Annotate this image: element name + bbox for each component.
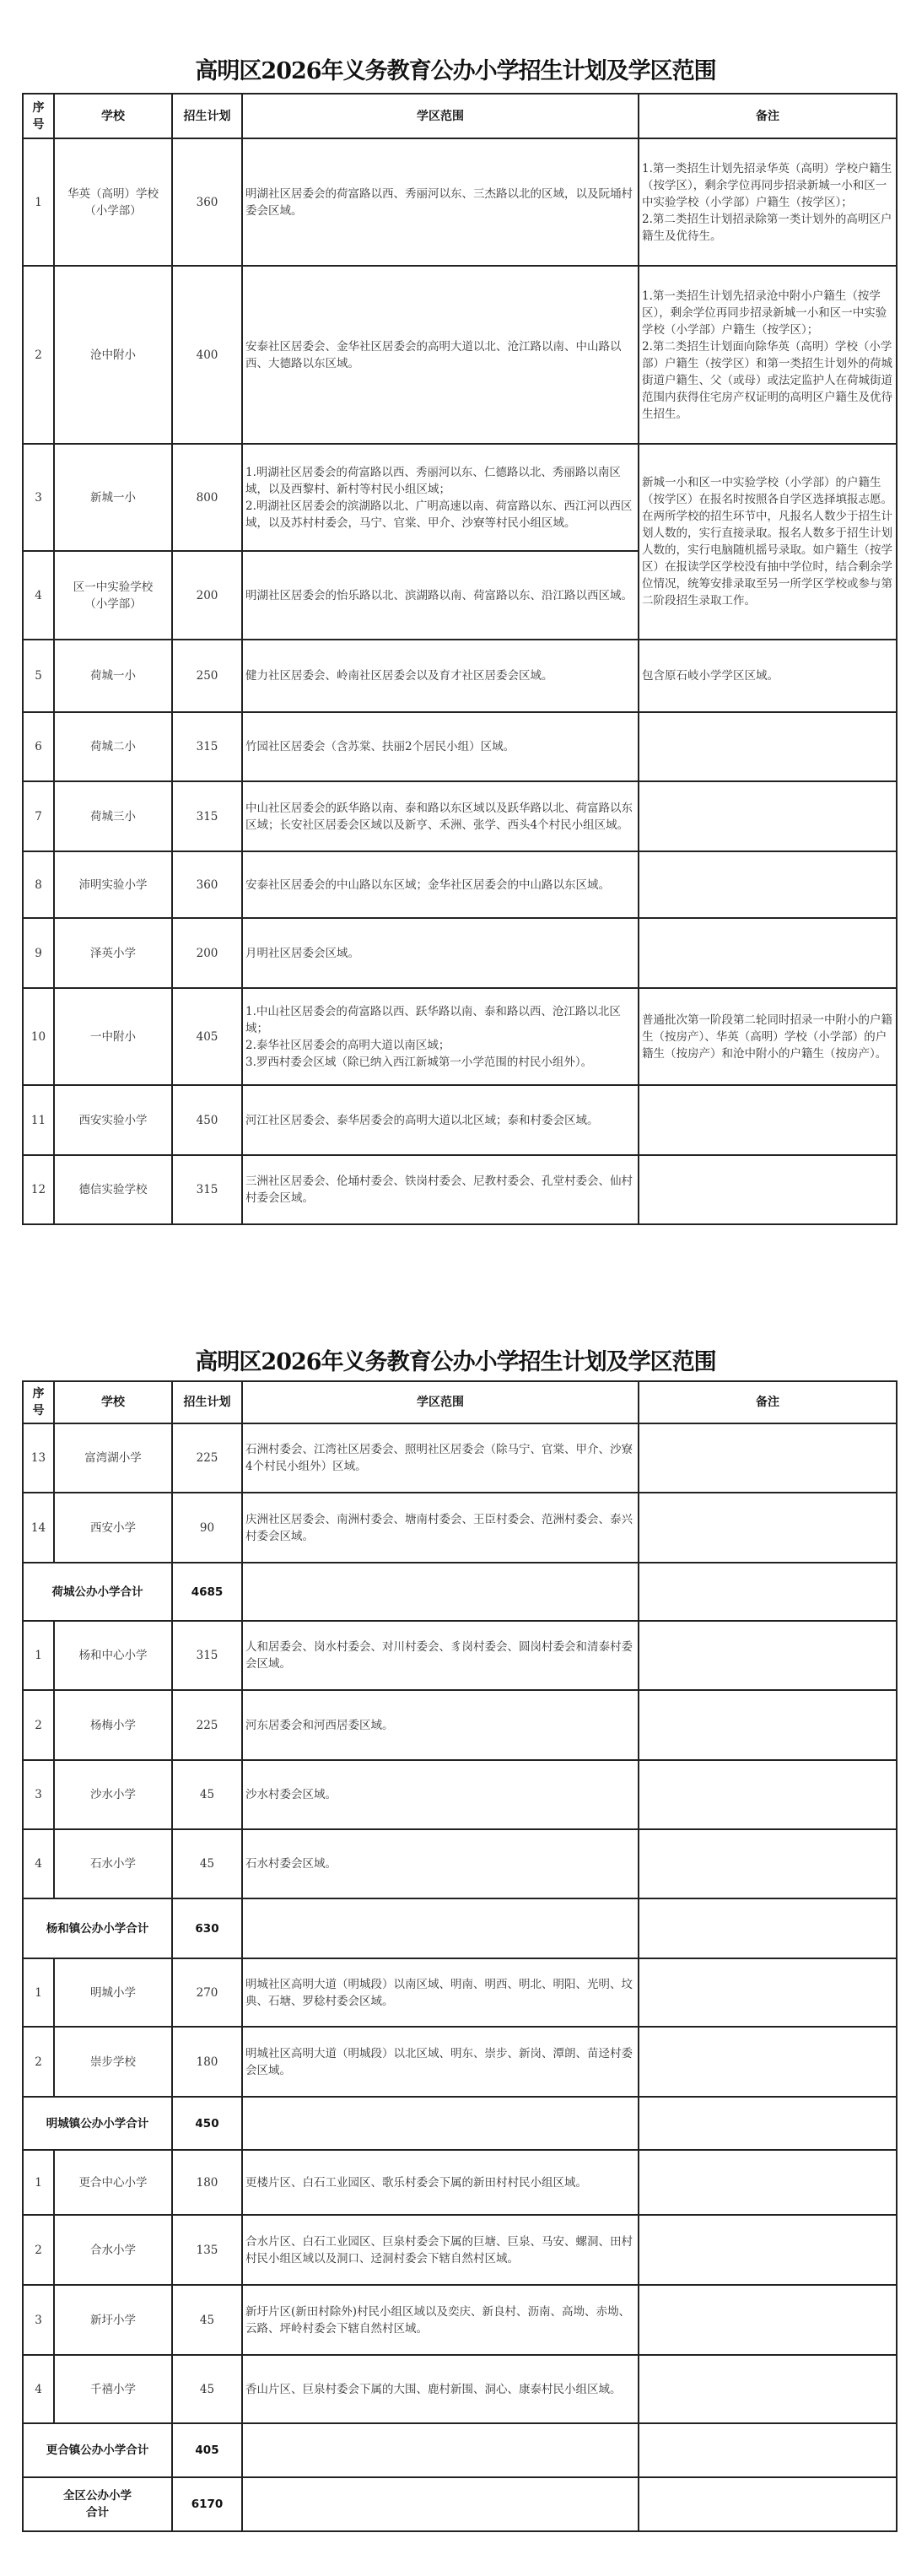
enrollment-plan: 400 (172, 266, 242, 444)
grand-total-label: 全区公办小学 合计 (23, 2477, 172, 2531)
school-name: 杨梅小学 (54, 1690, 172, 1760)
table-row: 3 新圩小学 45 新圩片区(新田村除外)村民小组区域以及奕庆、新良村、沥南、高… (23, 2285, 897, 2355)
row-index: 9 (23, 918, 54, 988)
school-district-area: 明城社区高明大道（明城段）以北区域、明东、崇步、新岗、潭朗、苗迳村委会区域。 (242, 2027, 639, 2097)
table-row: 1 华英（高明）学校 （小学部） 360 明湖社区居委会的荷富路以西、秀丽河以东… (23, 138, 897, 266)
table-header-row: 序 号 学校 招生计划 学区范围 备注 (23, 94, 897, 138)
header-note: 备注 (639, 1381, 897, 1423)
enrollment-plan: 405 (172, 988, 242, 1085)
enrollment-plan: 315 (172, 1155, 242, 1224)
school-district-area: 明城社区高明大道（明城段）以南区域、明南、明西、明北、明阳、光明、坟典、石塘、罗… (242, 1958, 639, 2027)
table-row: 12 德信实验学校 315 三洲社区居委会、伦埇村委会、铁岗村委会、尼教村委会、… (23, 1155, 897, 1224)
school-district-area: 安泰社区居委会的中山路以东区域；金华社区居委会的中山路以东区域。 (242, 851, 639, 918)
row-index: 2 (23, 2215, 54, 2285)
row-index: 4 (23, 1829, 54, 1898)
empty-cell (242, 1898, 639, 1958)
school-district-area: 1.明湖社区居委会的荷富路以西、秀丽河以东、仁德路以北、秀丽路以南区域，以及西黎… (242, 444, 639, 551)
school-name: 更合中心小学 (54, 2150, 172, 2215)
enrollment-plan: 315 (172, 1621, 242, 1690)
school-name: 石水小学 (54, 1829, 172, 1898)
table-row: 3 新城一小 800 1.明湖社区居委会的荷富路以西、秀丽河以东、仁德路以北、秀… (23, 444, 897, 551)
subtotal-value: 4685 (172, 1563, 242, 1621)
remarks: 1.第一类招生计划先招录沧中附小户籍生（按学区），剩余学位再同步招录新城一小和区… (639, 266, 897, 444)
school-name: 荷城三小 (54, 781, 172, 851)
remarks (639, 712, 897, 781)
table-row: 1 更合中心小学 180 更楼片区、白石工业园区、歌乐村委会下属的新田村村民小组… (23, 2150, 897, 2215)
enrollment-table-1: 序 号 学校 招生计划 学区范围 备注 1 华英（高明）学校 （小学部） 360… (22, 93, 898, 1225)
subtotal-label: 杨和镇公办小学合计 (23, 1898, 172, 1958)
remarks: 包含原石岐小学学区区域。 (639, 640, 897, 712)
enrollment-plan: 45 (172, 2285, 242, 2355)
enrollment-plan: 250 (172, 640, 242, 712)
enrollment-plan: 225 (172, 1690, 242, 1760)
remarks (639, 2355, 897, 2423)
header-area: 学区范围 (242, 1381, 639, 1423)
school-district-area: 明湖社区居委会的怡乐路以北、滨湖路以南、荷富路以东、沿江路以西区域。 (242, 551, 639, 640)
table-row: 14 西安小学 90 庆洲社区居委会、南洲村委会、塘南村委会、王臣村委会、范洲村… (23, 1493, 897, 1563)
empty-cell (242, 2477, 639, 2531)
row-index: 1 (23, 1621, 54, 1690)
page-title: 高明区2026年义务教育公办小学招生计划及学区范围 (0, 1343, 911, 1376)
school-name: 西安小学 (54, 1493, 172, 1563)
school-district-area: 竹园社区居委会（含苏棠、扶丽2个居民小组）区域。 (242, 712, 639, 781)
empty-cell (242, 2097, 639, 2150)
remarks (639, 2150, 897, 2215)
school-district-area: 更楼片区、白石工业园区、歌乐村委会下属的新田村村民小组区域。 (242, 2150, 639, 2215)
table-row: 9 泽英小学 200 月明社区居委会区域。 (23, 918, 897, 988)
row-index: 3 (23, 1760, 54, 1829)
row-index: 12 (23, 1155, 54, 1224)
row-index: 1 (23, 1958, 54, 2027)
remarks (639, 1155, 897, 1224)
row-index: 3 (23, 444, 54, 551)
table-row: 4 石水小学 45 石水村委会区域。 (23, 1829, 897, 1898)
empty-cell (639, 2477, 897, 2531)
row-index: 2 (23, 1690, 54, 1760)
table-row: 2 杨梅小学 225 河东居委会和河西居委区域。 (23, 1690, 897, 1760)
school-name: 西安实验小学 (54, 1085, 172, 1155)
empty-cell (639, 1898, 897, 1958)
empty-cell (242, 2423, 639, 2477)
empty-cell (242, 1563, 639, 1621)
remarks (639, 918, 897, 988)
remarks (639, 1958, 897, 2027)
subtotal-label: 荷城公办小学合计 (23, 1563, 172, 1621)
remarks: 新城一小和区一中实验学校（小学部）的户籍生（按学区）在报名时按照各自学区选择填报… (639, 444, 897, 640)
remarks (639, 1760, 897, 1829)
enrollment-plan: 45 (172, 1829, 242, 1898)
table-row: 1 明城小学 270 明城社区高明大道（明城段）以南区域、明南、明西、明北、明阳… (23, 1958, 897, 2027)
table-header-row: 序 号 学校 招生计划 学区范围 备注 (23, 1381, 897, 1423)
remarks (639, 1829, 897, 1898)
remarks (639, 851, 897, 918)
subtotal-row: 荷城公办小学合计 4685 (23, 1563, 897, 1621)
enrollment-plan: 180 (172, 2150, 242, 2215)
school-name: 崇步学校 (54, 2027, 172, 2097)
enrollment-plan: 45 (172, 2355, 242, 2423)
table-row: 2 崇步学校 180 明城社区高明大道（明城段）以北区域、明东、崇步、新岗、潭朗… (23, 2027, 897, 2097)
enrollment-plan: 315 (172, 712, 242, 781)
header-index: 序 号 (23, 94, 54, 138)
table-row: 5 荷城一小 250 健力社区居委会、岭南社区居委会以及育才社区居委会区域。 包… (23, 640, 897, 712)
school-district-area: 1.中山社区居委会的荷富路以西、跃华路以南、泰和路以西、沧江路以北区域； 2.泰… (242, 988, 639, 1085)
school-district-area: 月明社区居委会区域。 (242, 918, 639, 988)
header-area: 学区范围 (242, 94, 639, 138)
header-school: 学校 (54, 94, 172, 138)
enrollment-plan: 200 (172, 918, 242, 988)
enrollment-plan: 135 (172, 2215, 242, 2285)
school-name: 荷城二小 (54, 712, 172, 781)
school-name: 沛明实验小学 (54, 851, 172, 918)
school-name: 沧中附小 (54, 266, 172, 444)
school-name: 杨和中心小学 (54, 1621, 172, 1690)
school-district-area: 河东居委会和河西居委区域。 (242, 1690, 639, 1760)
school-name: 新城一小 (54, 444, 172, 551)
school-district-area: 新圩片区(新田村除外)村民小组区域以及奕庆、新良村、沥南、高坳、赤坳、云路、坪岭… (242, 2285, 639, 2355)
table-row: 3 沙水小学 45 沙水村委会区域。 (23, 1760, 897, 1829)
school-district-area: 安泰社区居委会、金华社区居委会的高明大道以北、沧江路以南、中山路以西、大德路以东… (242, 266, 639, 444)
table-row: 1 杨和中心小学 315 人和居委会、岗水村委会、对川村委会、豸岗村委会、圆岗村… (23, 1621, 897, 1690)
school-name: 区一中实验学校 （小学部） (54, 551, 172, 640)
enrollment-plan: 800 (172, 444, 242, 551)
remarks: 普通批次第一阶段第二轮同时招录一中附小的户籍生（按房产）、华英（高明）学校（小学… (639, 988, 897, 1085)
school-name: 合水小学 (54, 2215, 172, 2285)
row-index: 11 (23, 1085, 54, 1155)
row-index: 2 (23, 266, 54, 444)
row-index: 6 (23, 712, 54, 781)
school-name: 荷城一小 (54, 640, 172, 712)
table-row: 2 合水小学 135 合水片区、白石工业园区、巨泉村委会下属的巨塘、巨泉、马安、… (23, 2215, 897, 2285)
empty-cell (639, 2097, 897, 2150)
enrollment-plan: 200 (172, 551, 242, 640)
subtotal-row: 明城镇公办小学合计 450 (23, 2097, 897, 2150)
header-index: 序 号 (23, 1381, 54, 1423)
table-row: 8 沛明实验小学 360 安泰社区居委会的中山路以东区域；金华社区居委会的中山路… (23, 851, 897, 918)
enrollment-plan: 360 (172, 851, 242, 918)
enrollment-plan: 450 (172, 1085, 242, 1155)
school-district-area: 石水村委会区域。 (242, 1829, 639, 1898)
empty-cell (639, 1563, 897, 1621)
enrollment-table-2: 序 号 学校 招生计划 学区范围 备注 13 富湾湖小学 225 石洲村委会、江… (22, 1380, 898, 2532)
school-district-area: 明湖社区居委会的荷富路以西、秀丽河以东、三杰路以北的区域，以及阮埇村委会区域。 (242, 138, 639, 266)
remarks (639, 1423, 897, 1493)
enrollment-plan: 90 (172, 1493, 242, 1563)
subtotal-value: 630 (172, 1898, 242, 1958)
school-name: 富湾湖小学 (54, 1423, 172, 1493)
school-district-area: 合水片区、白石工业园区、巨泉村委会下属的巨塘、巨泉、马安、螺洞、田村村民小组区域… (242, 2215, 639, 2285)
row-index: 10 (23, 988, 54, 1085)
header-note: 备注 (639, 94, 897, 138)
school-district-area: 石洲村委会、江湾社区居委会、照明社区居委会（除马宁、官棠、甲介、沙寮4个村民小组… (242, 1423, 639, 1493)
school-district-area: 河江社区居委会、泰华居委会的高明大道以北区域；泰和村委会区域。 (242, 1085, 639, 1155)
remarks (639, 2027, 897, 2097)
remarks: 1.第一类招生计划先招录华英（高明）学校户籍生（按学区），剩余学位再同步招录新城… (639, 138, 897, 266)
enrollment-plan: 270 (172, 1958, 242, 2027)
enrollment-plan: 45 (172, 1760, 242, 1829)
row-index: 3 (23, 2285, 54, 2355)
table-row: 7 荷城三小 315 中山社区居委会的跃华路以南、泰和路以东区域以及跃华路以北、… (23, 781, 897, 851)
school-district-area: 香山片区、巨泉村委会下属的大围、鹿村新围、洞心、康泰村民小组区域。 (242, 2355, 639, 2423)
school-name: 沙水小学 (54, 1760, 172, 1829)
remarks (639, 2215, 897, 2285)
subtotal-label: 明城镇公办小学合计 (23, 2097, 172, 2150)
enrollment-plan: 360 (172, 138, 242, 266)
grand-total-row: 全区公办小学 合计 6170 (23, 2477, 897, 2531)
school-name: 一中附小 (54, 988, 172, 1085)
school-name: 新圩小学 (54, 2285, 172, 2355)
row-index: 14 (23, 1493, 54, 1563)
row-index: 4 (23, 2355, 54, 2423)
remarks (639, 1085, 897, 1155)
row-index: 7 (23, 781, 54, 851)
enrollment-plan: 180 (172, 2027, 242, 2097)
row-index: 4 (23, 551, 54, 640)
table-row: 4 千禧小学 45 香山片区、巨泉村委会下属的大围、鹿村新围、洞心、康泰村民小组… (23, 2355, 897, 2423)
row-index: 1 (23, 2150, 54, 2215)
school-name: 明城小学 (54, 1958, 172, 2027)
school-district-area: 中山社区居委会的跃华路以南、泰和路以东区域以及跃华路以北、荷富路以东区域；长安社… (242, 781, 639, 851)
header-plan: 招生计划 (172, 1381, 242, 1423)
table-row: 10 一中附小 405 1.中山社区居委会的荷富路以西、跃华路以南、泰和路以西、… (23, 988, 897, 1085)
school-district-area: 健力社区居委会、岭南社区居委会以及育才社区居委会区域。 (242, 640, 639, 712)
table-row: 11 西安实验小学 450 河江社区居委会、泰华居委会的高明大道以北区域；泰和村… (23, 1085, 897, 1155)
school-district-area: 三洲社区居委会、伦埇村委会、铁岗村委会、尼教村委会、孔堂村委会、仙村村委会区域。 (242, 1155, 639, 1224)
enrollment-plan: 315 (172, 781, 242, 851)
table-row: 13 富湾湖小学 225 石洲村委会、江湾社区居委会、照明社区居委会（除马宁、官… (23, 1423, 897, 1493)
page-title: 高明区2026年义务教育公办小学招生计划及学区范围 (0, 52, 911, 85)
empty-cell (639, 2423, 897, 2477)
subtotal-row: 杨和镇公办小学合计 630 (23, 1898, 897, 1958)
header-school: 学校 (54, 1381, 172, 1423)
remarks (639, 1621, 897, 1690)
header-plan: 招生计划 (172, 94, 242, 138)
table-row: 6 荷城二小 315 竹园社区居委会（含苏棠、扶丽2个居民小组）区域。 (23, 712, 897, 781)
remarks (639, 2285, 897, 2355)
school-district-area: 庆洲社区居委会、南洲村委会、塘南村委会、王臣村委会、范洲村委会、泰兴村委会区域。 (242, 1493, 639, 1563)
subtotal-value: 450 (172, 2097, 242, 2150)
school-district-area: 沙水村委会区域。 (242, 1760, 639, 1829)
row-index: 5 (23, 640, 54, 712)
school-name: 泽英小学 (54, 918, 172, 988)
grand-total-value: 6170 (172, 2477, 242, 2531)
subtotal-row: 更合镇公办小学合计 405 (23, 2423, 897, 2477)
remarks (639, 1690, 897, 1760)
row-index: 1 (23, 138, 54, 266)
remarks (639, 781, 897, 851)
row-index: 8 (23, 851, 54, 918)
school-name: 千禧小学 (54, 2355, 172, 2423)
subtotal-value: 405 (172, 2423, 242, 2477)
school-name: 德信实验学校 (54, 1155, 172, 1224)
school-district-area: 人和居委会、岗水村委会、对川村委会、豸岗村委会、圆岗村委会和清泰村委会区域。 (242, 1621, 639, 1690)
school-name: 华英（高明）学校 （小学部） (54, 138, 172, 266)
row-index: 2 (23, 2027, 54, 2097)
table-row: 2 沧中附小 400 安泰社区居委会、金华社区居委会的高明大道以北、沧江路以南、… (23, 266, 897, 444)
remarks (639, 1493, 897, 1563)
subtotal-label: 更合镇公办小学合计 (23, 2423, 172, 2477)
enrollment-plan: 225 (172, 1423, 242, 1493)
row-index: 13 (23, 1423, 54, 1493)
